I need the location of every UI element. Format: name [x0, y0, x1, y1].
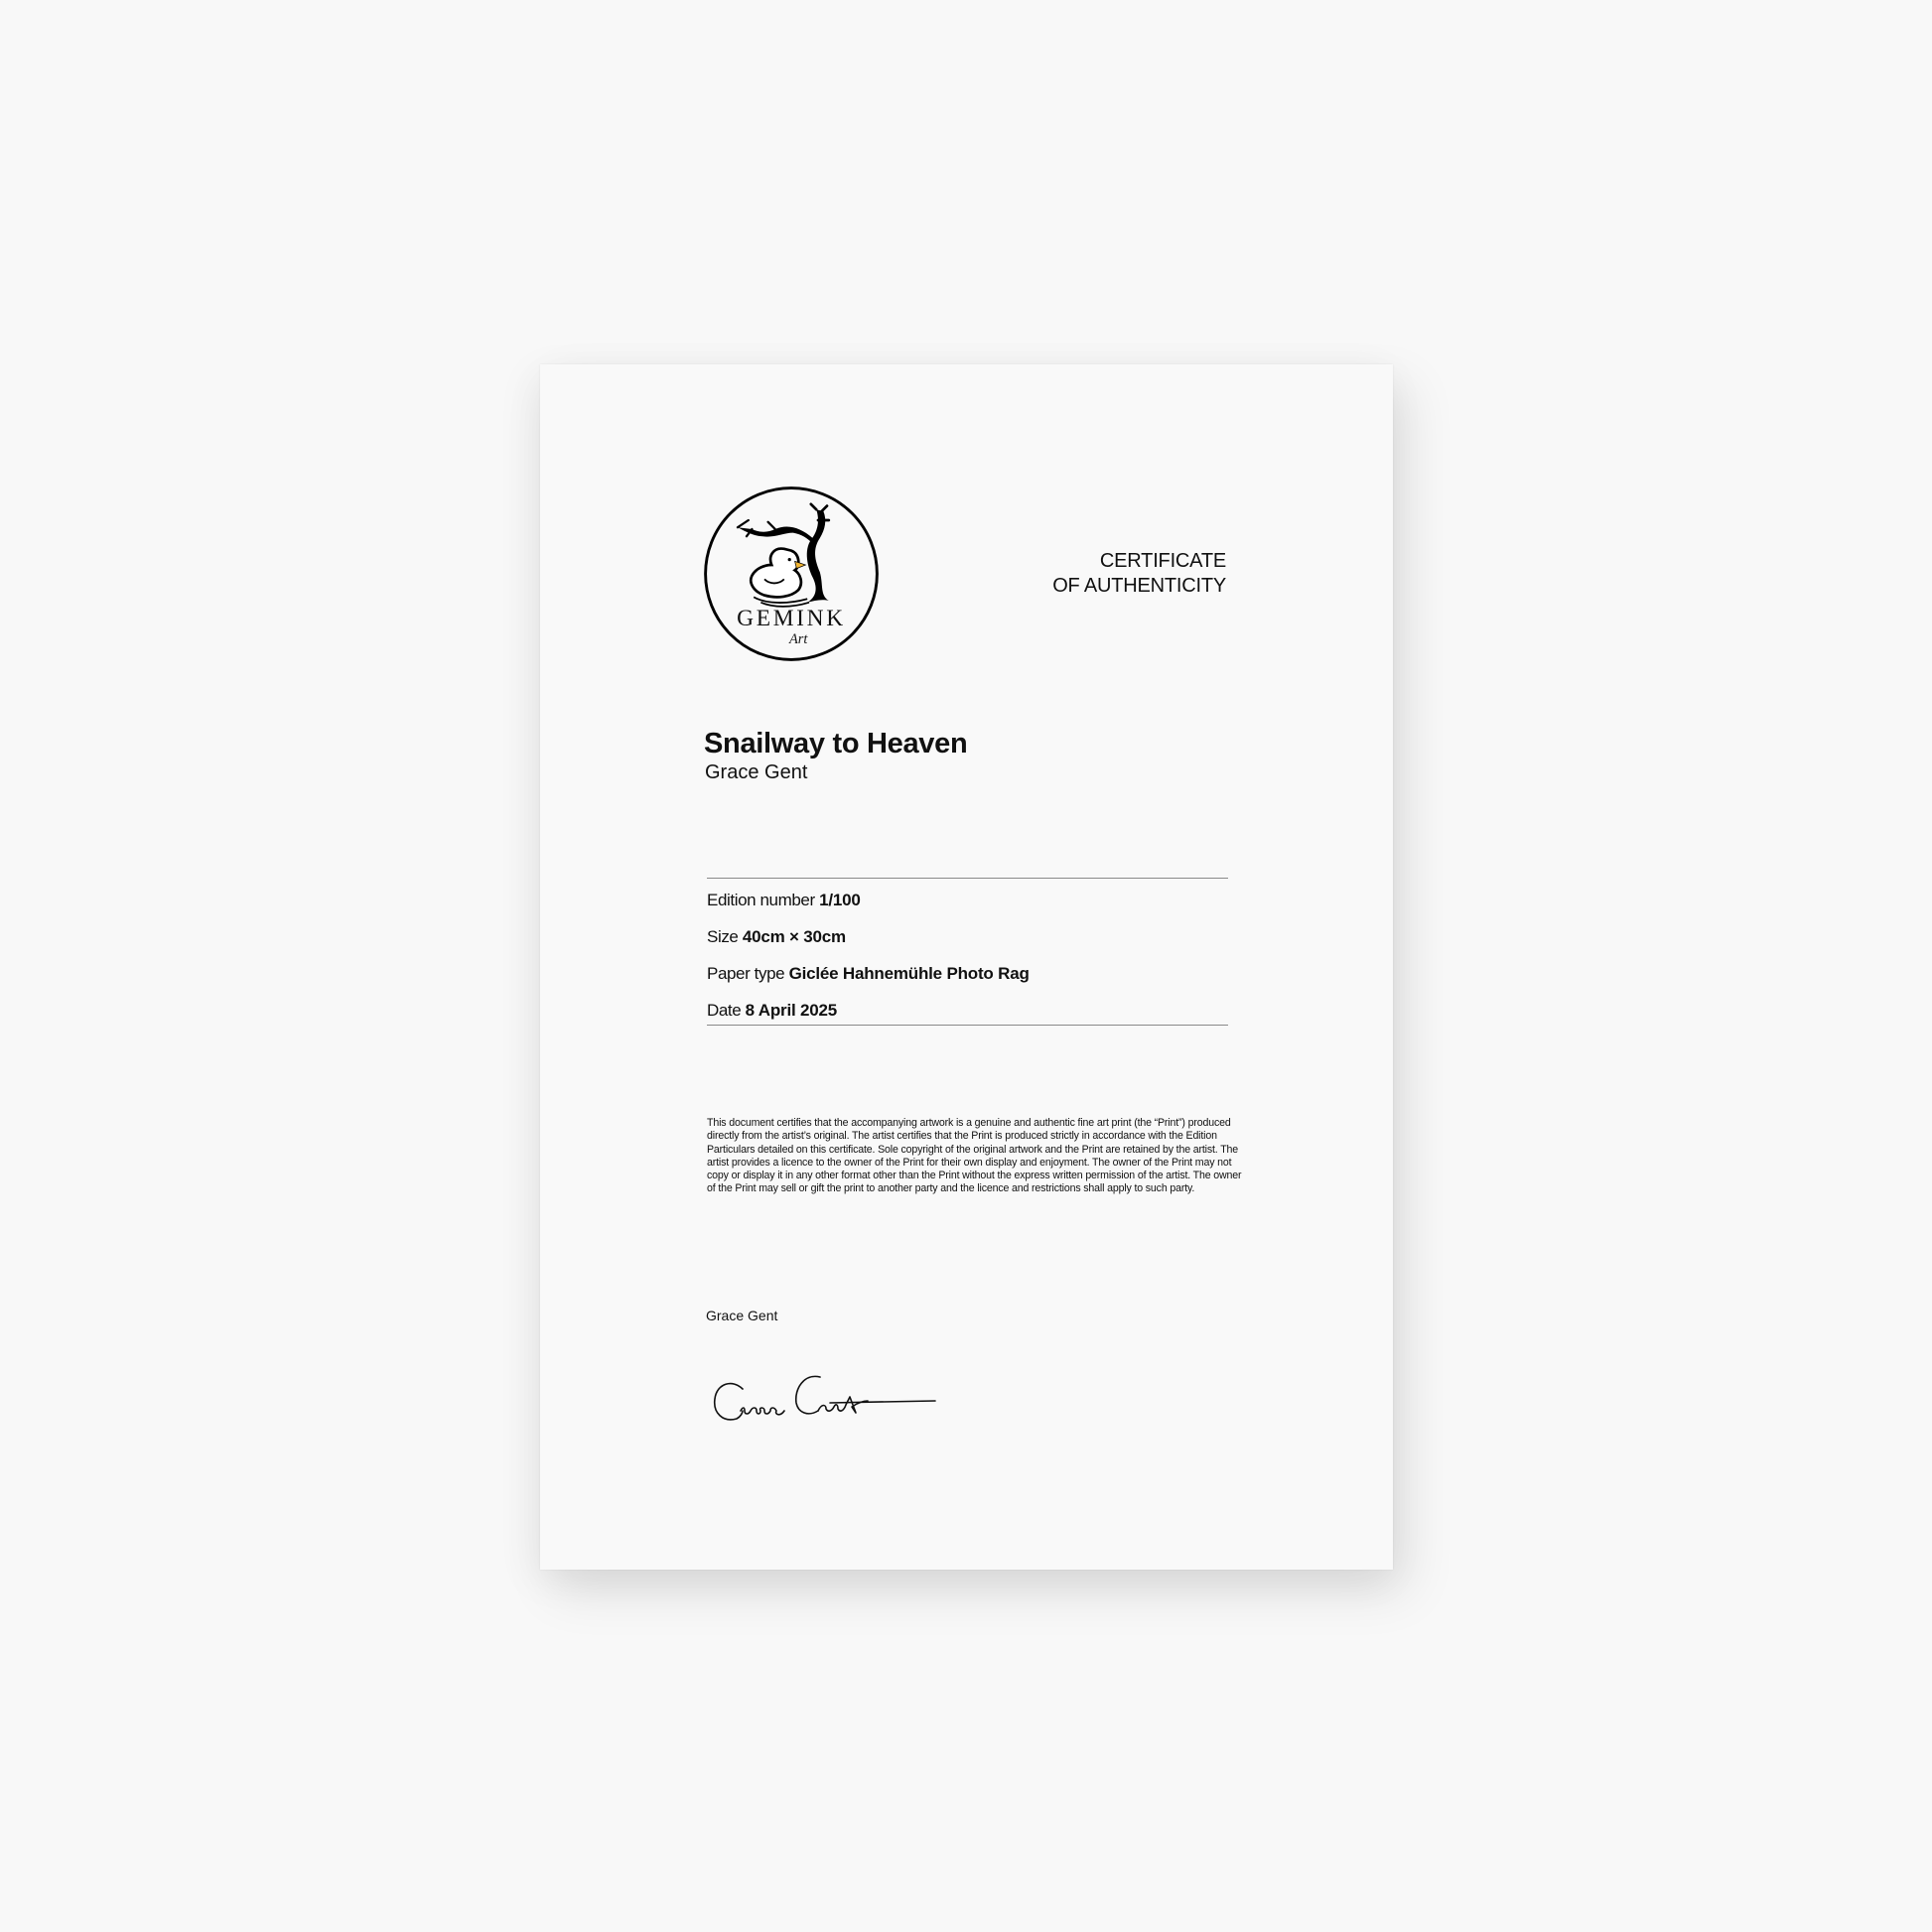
- signer-name: Grace Gent: [706, 1308, 777, 1323]
- paper-type-row: Paper type Giclée Hahnemühle Photo Rag: [707, 959, 1228, 996]
- particular-label: Date: [707, 1001, 741, 1020]
- size-row: Size 40cm × 30cm: [707, 922, 1228, 959]
- certificate-heading: CERTIFICATE OF AUTHENTICITY: [1052, 549, 1226, 599]
- date-row: Date 8 April 2025: [707, 996, 1228, 1033]
- particular-value: 40cm × 30cm: [743, 927, 846, 946]
- particular-value: 8 April 2025: [746, 1001, 837, 1020]
- artist-name: Grace Gent: [705, 761, 807, 784]
- particular-label: Edition number: [707, 891, 815, 909]
- svg-text:Art: Art: [788, 631, 808, 647]
- artwork-title: Snailway to Heaven: [704, 728, 967, 760]
- particular-value: 1/100: [819, 891, 861, 909]
- heading-line-1: CERTIFICATE: [1052, 549, 1226, 574]
- svg-text:GEMINK: GEMINK: [737, 606, 846, 631]
- particular-value: Giclée Hahnemühle Photo Rag: [789, 964, 1030, 983]
- gemink-art-logo: GEMINK Art: [702, 484, 881, 663]
- edition-particulars: Edition number 1/100 Size 40cm × 30cm Pa…: [707, 886, 1228, 1033]
- certificate-document: GEMINK Art CERTIFICATE OF AUTHENTICITY S…: [540, 364, 1393, 1570]
- particular-label: Paper type: [707, 964, 784, 983]
- handwritten-signature-icon: [709, 1367, 947, 1437]
- particular-label: Size: [707, 927, 738, 946]
- particulars-bottom-divider: [707, 1025, 1228, 1026]
- heading-line-2: OF AUTHENTICITY: [1052, 574, 1226, 599]
- duck-under-tree-logo-icon: GEMINK Art: [702, 484, 881, 663]
- edition-number-row: Edition number 1/100: [707, 886, 1228, 922]
- particulars-top-divider: [707, 878, 1228, 879]
- signature: [709, 1367, 947, 1437]
- legal-statement: This document certifies that the accompa…: [707, 1117, 1243, 1196]
